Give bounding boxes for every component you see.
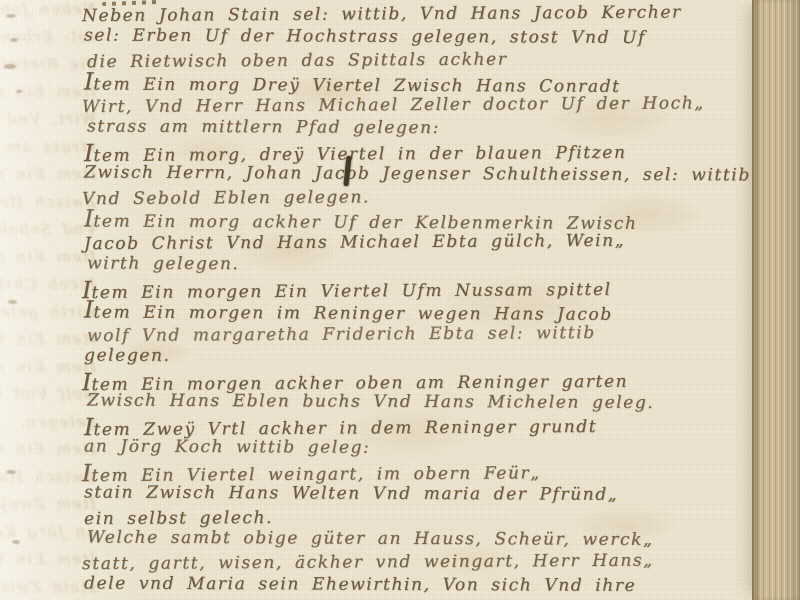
manuscript-line: Item Ein Viertel weingart, im obern Feür… (82, 458, 774, 485)
bleedthrough-line: Item Zweÿ Vrtl ackher in dem Reninger gr… (0, 491, 96, 519)
bleedthrough-line: strass am mittlern Pfad gelegen: (0, 134, 96, 162)
manuscript-line: an Jörg Koch wittib geleg: (84, 436, 774, 462)
manuscript-line: gelegen. (84, 344, 774, 370)
bleedthrough-line: Vnd Sebold Eblen gelegen. (0, 216, 96, 244)
manuscript-line: Item Ein morgen im Reninger wegen Hans J… (84, 298, 774, 324)
manuscript-line: sel: Erben Uf der Hochstrass gelegen, st… (84, 24, 774, 50)
manuscript-text: Neben Johan Stain sel: wittib, Vnd Hans … (84, 3, 774, 597)
bleedthrough-line: Item Ein morg ackher Uf der Kelbenmerkin… (0, 244, 96, 272)
ink-speck (12, 540, 20, 544)
manuscript-line: Zwisch Herrn, Johan Jacob Jegenser Schul… (84, 161, 774, 187)
bleedthrough-line: stain Zwisch Hans Welten Vnd maria der P… (0, 574, 96, 600)
manuscript-line: dele vnd Maria sein Ehewirthin, Von sich… (84, 573, 774, 599)
ink-speck (6, 14, 16, 18)
manuscript-line: wolf Vnd margaretha Friderich Ebta sel: … (87, 321, 774, 348)
bleedthrough-line: Item Ein morgen Ein Viertel Ufm Nussam s… (0, 326, 96, 354)
bleedthrough-line: Item Ein morg, dreÿ Viertel in der blaue… (0, 161, 96, 189)
ink-speck (8, 300, 17, 304)
manuscript-line: Vnd Sebold Eblen gelegen. (82, 184, 774, 211)
manuscript-line: stain Zwisch Hans Welten Vnd maria der P… (84, 481, 774, 507)
bleedthrough-line: gelegen. (0, 409, 96, 437)
ink-speck (16, 90, 22, 93)
book-page-edges (752, 0, 800, 600)
ink-speck (4, 64, 16, 69)
manuscript-line: Neben Johan Stain sel: wittib, Vnd Hans … (82, 1, 774, 28)
manuscript-line: die Rietwisch oben das Spittals ackher (87, 47, 774, 74)
ink-speck (10, 38, 18, 42)
ink-speck (6, 470, 16, 474)
manuscript-page: Neben Johan Stain sel: wittib, Vnd Hans … (0, 0, 800, 600)
